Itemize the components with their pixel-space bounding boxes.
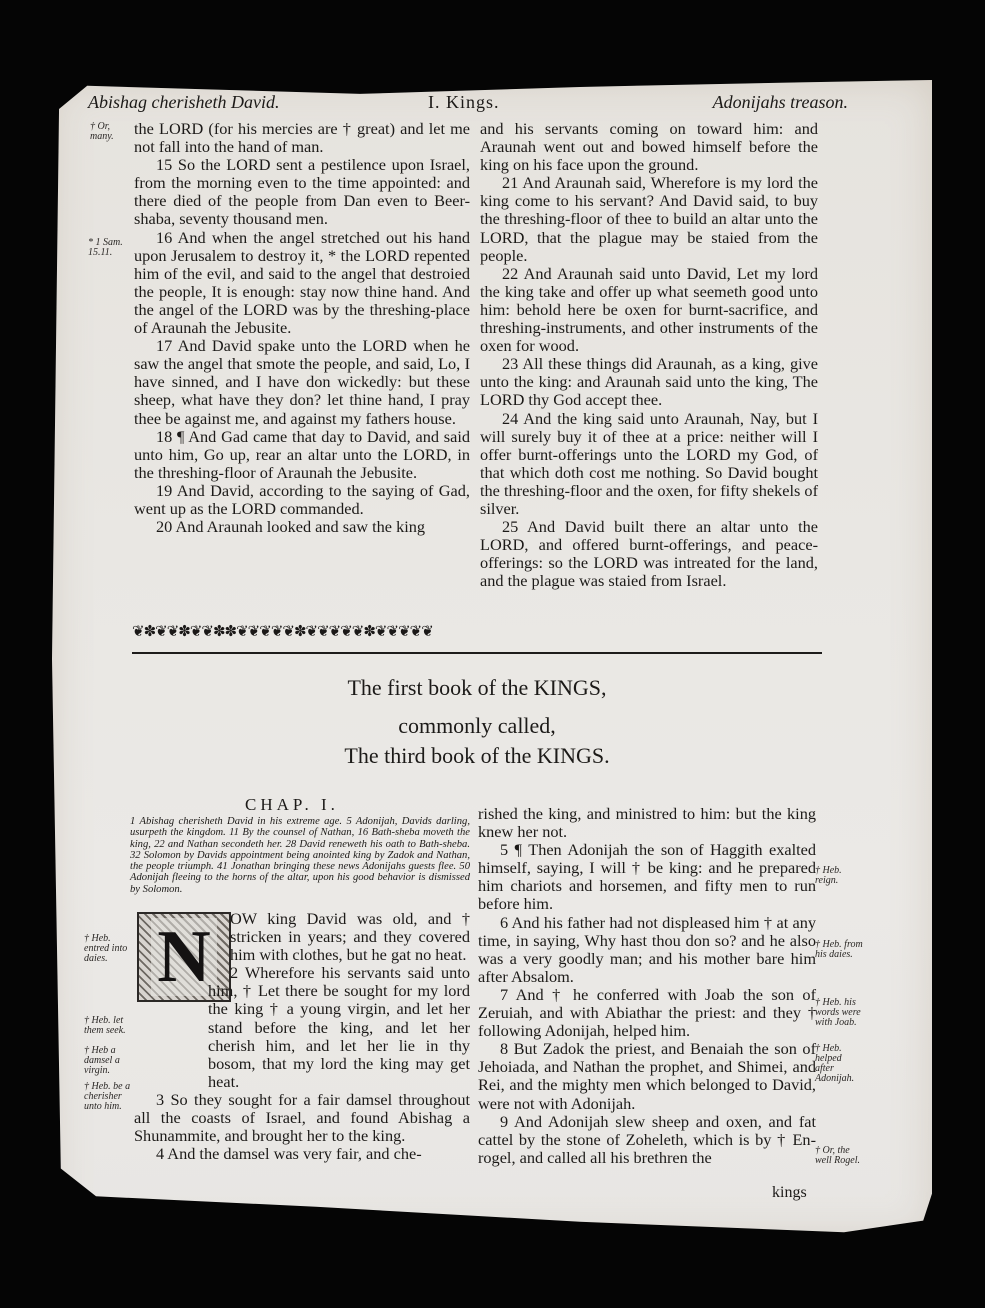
margin-note: † Or, many.: [90, 122, 130, 142]
chapter-left-column: OW king David was old, and † stricken in…: [134, 910, 470, 1163]
verse: 20 And Araunah looked and saw the king: [134, 518, 470, 536]
verse: 19 And David, according to the saying of…: [134, 482, 470, 518]
top-left-column: the LORD (for his mercies are † great) a…: [134, 120, 470, 536]
margin-note: † Heb. his words were with Joab.: [815, 998, 863, 1028]
margin-note: † Heb a damsel a virgin.: [84, 1046, 132, 1076]
verse: 6 And his father had not displeased him …: [478, 914, 816, 986]
header-right: Adonijahs treason.: [713, 92, 848, 113]
verse: 8 But Zadok the priest, and Benaiah the …: [478, 1040, 816, 1112]
verse: rished the king, and ministred to him: b…: [478, 805, 816, 841]
verse: 18 ¶ And Gad came that day to David, and…: [134, 428, 470, 482]
book-title-line-3: The third book of the KINGS.: [132, 743, 822, 769]
verse: 7 And † he conferred with Joab the son o…: [478, 986, 816, 1040]
chapter-summary: 1 Abishag cherisheth David in his extrem…: [130, 816, 470, 895]
margin-note: † Heb. from his daies.: [815, 940, 863, 960]
header-left: Abishag cherisheth David.: [88, 92, 279, 113]
catchword: kings: [772, 1184, 807, 1202]
verse: 9 And Adonijah slew sheep and oxen, and …: [478, 1113, 816, 1167]
verse: 15 So the LORD sent a pestilence upon Is…: [134, 156, 470, 228]
verse: 3 So they sought for a fair damsel throu…: [134, 1091, 470, 1145]
verse: 22 And Araunah said unto David, Let my l…: [480, 265, 818, 355]
margin-note: † Heb. be a cherisher unto him.: [84, 1082, 132, 1112]
margin-note: * 1 Sam. 15.11.: [88, 238, 130, 258]
chapter-right-column: rished the king, and ministred to him: b…: [478, 805, 816, 1167]
margin-note: † Heb. reign.: [815, 866, 863, 886]
book-title-line-1: The first book of the KINGS,: [132, 675, 822, 701]
chapter-heading: CHAP. I.: [245, 795, 339, 815]
verse: 17 And David spake unto the LORD when he…: [134, 337, 470, 427]
verse: 24 And the king said unto Araunah, Nay, …: [480, 410, 818, 519]
margin-note: † Heb. helped after Adonijah.: [815, 1044, 863, 1084]
verse: 16 And when the angel stretched out his …: [134, 229, 470, 338]
top-right-column: and his servants coming on toward him: a…: [480, 120, 818, 590]
verse: 23 All these things did Araunah, as a ki…: [480, 355, 818, 409]
divider-rule: [132, 652, 822, 654]
verse: OW king David was old, and † stricken in…: [134, 910, 470, 964]
margin-note: † Heb. let them seek.: [84, 1016, 132, 1036]
verse: 4 And the damsel was very fair, and che-: [134, 1145, 470, 1163]
ornamental-border: ❦✽❦❦✽❦❦✽✽❦❦❦❦❦✽❦❦❦❦❦✽❦❦❦❦❦: [132, 624, 818, 640]
verse: 25 And David built there an altar unto t…: [480, 518, 818, 590]
margin-note: † Heb. entred into daies.: [84, 934, 134, 964]
verse: and his servants coming on toward him: a…: [480, 120, 818, 174]
verse: the LORD (for his mercies are † great) a…: [134, 120, 470, 156]
running-header: Abishag cherisheth David. I. Kings. Adon…: [88, 92, 848, 114]
header-center: I. Kings.: [428, 92, 500, 113]
margin-note: † Or, the well Rogel.: [815, 1146, 863, 1166]
verse: 2 Wherefore his servants said unto him, …: [134, 964, 470, 1091]
verse: 21 And Araunah said, Wherefore is my lor…: [480, 174, 818, 264]
verse: 5 ¶ Then Adonijah the son of Haggith exa…: [478, 841, 816, 913]
book-title-line-2: commonly called,: [132, 713, 822, 739]
